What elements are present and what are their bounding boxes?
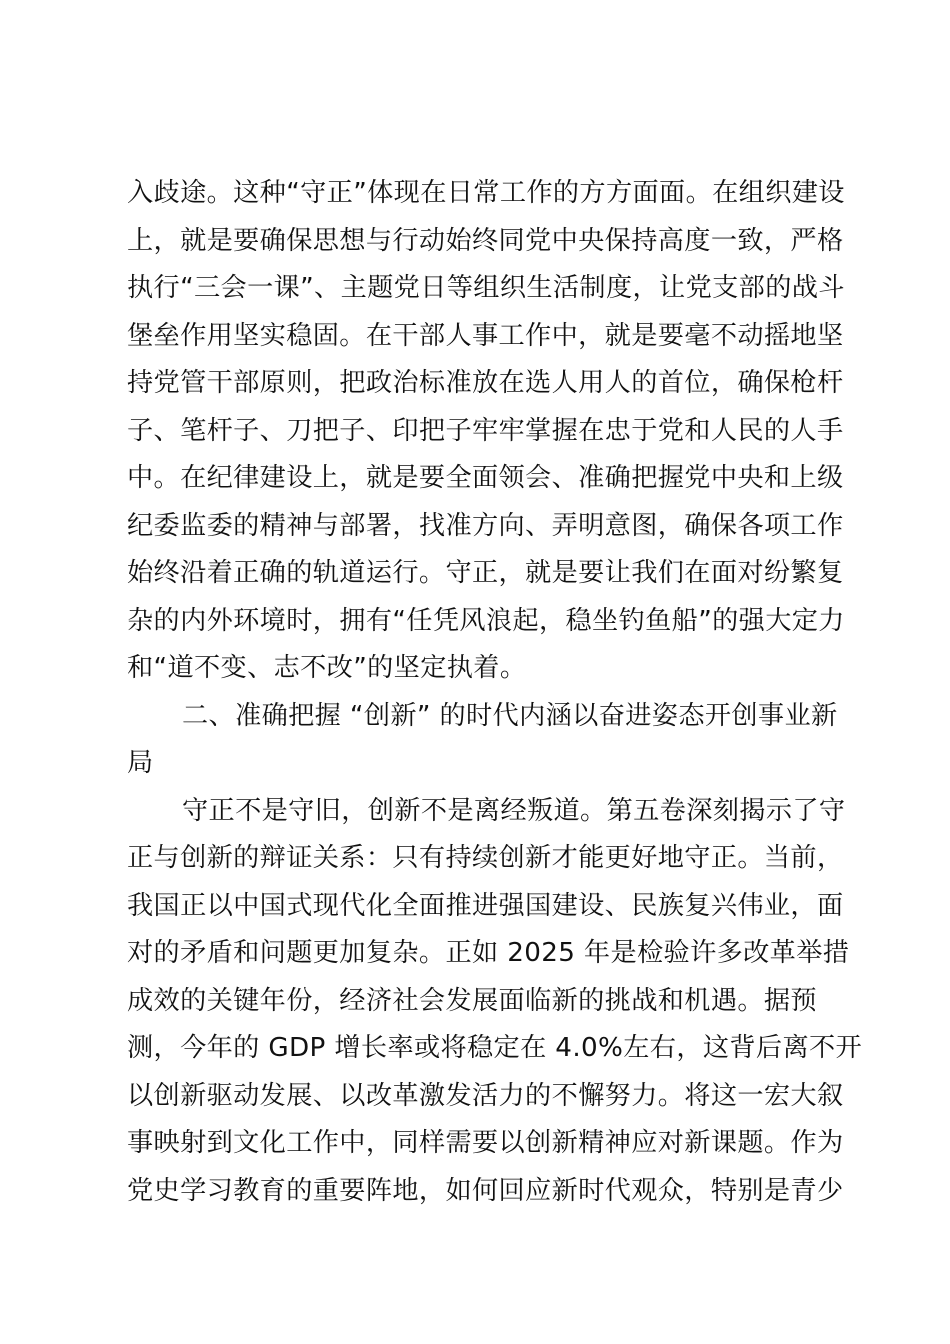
text-line: 正与创新的辩证关系：只有持续创新才能更好地守正。当前， (127, 835, 827, 883)
text-line: 我国正以中国式现代化全面推进强国建设、民族复兴伟业，面 (127, 883, 827, 931)
text-line: 始终沿着正确的轨道运行。守正，就是要让我们在面对纷繁复 (127, 550, 827, 598)
text-line: 子、笔杆子、刀把子、印把子牢牢掌握在忠于党和人民的人手 (127, 408, 827, 456)
text-line: 入歧途。这种“守正”体现在日常工作的方方面面。在组织建设 (127, 170, 827, 218)
text-line: 堡垒作用坚实稳固。在干部人事工作中，就是要毫不动摇地坚 (127, 313, 827, 361)
document-page: 入歧途。这种“守正”体现在日常工作的方方面面。在组织建设 上，就是要确保思想与行… (0, 0, 950, 1344)
text-line: 持党管干部原则，把政治标准放在选人用人的首位，确保枪杆 (127, 360, 827, 408)
text-line: 守正不是守旧，创新不是离经叛道。第五卷深刻揭示了守 (127, 788, 827, 836)
text-line: 杂的内外环境时，拥有“任凭风浪起，稳坐钓鱼船”的强大定力 (127, 598, 827, 646)
text-line: 成效的关键年份，经济社会发展面临新的挑战和机遇。据预 (127, 978, 827, 1026)
section-heading-line: 二、准确把握 “创新” 的时代内涵以奋进姿态开创事业新 (127, 693, 827, 741)
text-line: 执行“三会一课”、主题党日等组织生活制度，让党支部的战斗 (127, 265, 827, 313)
text-line: 对的矛盾和问题更加复杂。正如 2025 年是检验许多改革举措 (127, 930, 827, 978)
text-line: 事映射到文化工作中，同样需要以创新精神应对新课题。作为 (127, 1120, 827, 1168)
document-body: 入歧途。这种“守正”体现在日常工作的方方面面。在组织建设 上，就是要确保思想与行… (127, 170, 827, 1215)
text-line: 测，今年的 GDP 增长率或将稳定在 4.0%左右，这背后离不开 (127, 1025, 827, 1073)
text-line: 党史学习教育的重要阵地，如何回应新时代观众，特别是青少 (127, 1168, 827, 1216)
text-line: 上，就是要确保思想与行动始终同党中央保持高度一致，严格 (127, 218, 827, 266)
text-line: 中。在纪律建设上，就是要全面领会、准确把握党中央和上级 (127, 455, 827, 503)
text-line: 以创新驱动发展、以改革激发活力的不懈努力。将这一宏大叙 (127, 1073, 827, 1121)
text-line: 和“道不变、志不改”的坚定执着。 (127, 645, 827, 693)
section-heading-line: 局 (127, 740, 827, 788)
text-line: 纪委监委的精神与部署，找准方向、弄明意图，确保各项工作 (127, 503, 827, 551)
